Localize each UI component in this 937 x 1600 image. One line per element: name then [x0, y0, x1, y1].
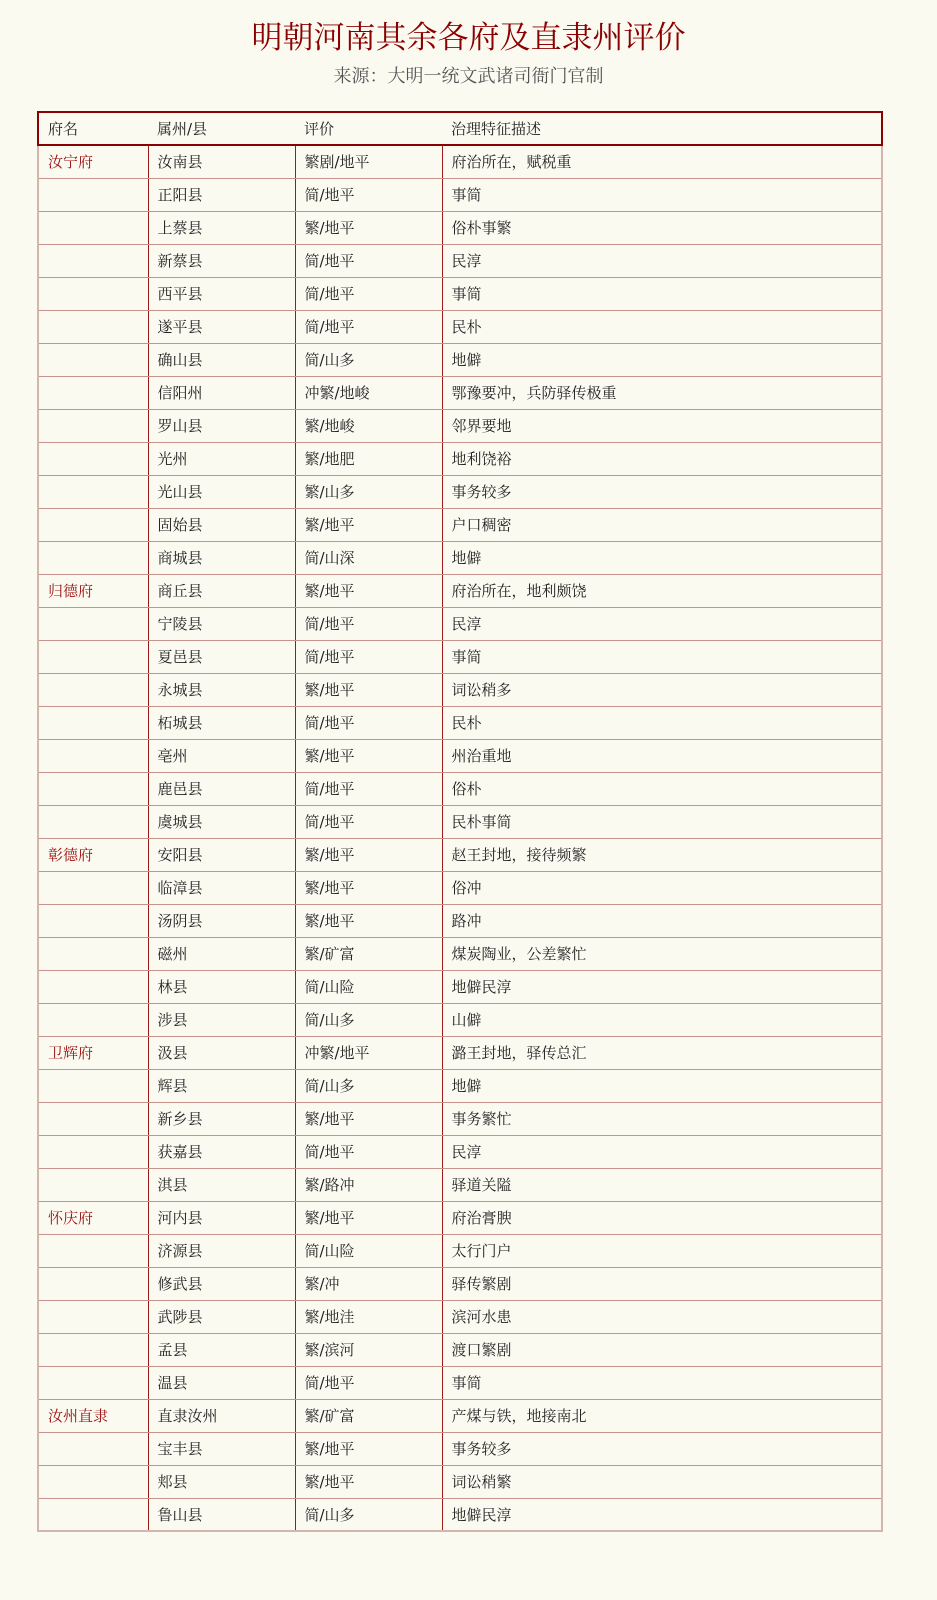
cell-prefecture — [38, 1234, 148, 1267]
table-row: 林县简/山险地僻民淳 — [38, 970, 882, 1003]
cell-prefecture — [38, 871, 148, 904]
cell-prefecture — [38, 772, 148, 805]
table-row: 光州繁/地肥地利饶裕 — [38, 442, 882, 475]
cell-prefecture — [38, 409, 148, 442]
cell-prefecture — [38, 1300, 148, 1333]
cell-rating: 简/地平 — [295, 277, 442, 310]
cell-prefecture: 卫辉府 — [38, 1036, 148, 1069]
cell-county: 西平县 — [148, 277, 295, 310]
cell-description: 山僻 — [442, 1003, 882, 1036]
table-row: 温县简/地平事简 — [38, 1366, 882, 1399]
table-row: 正阳县简/地平事简 — [38, 178, 882, 211]
table-row: 磁州繁/矿富煤炭陶业，公差繁忙 — [38, 937, 882, 970]
cell-description: 事简 — [442, 640, 882, 673]
cell-prefecture: 怀庆府 — [38, 1201, 148, 1234]
column-header-description: 治理特征描述 — [442, 112, 882, 145]
table-row: 新蔡县简/地平民淳 — [38, 244, 882, 277]
cell-rating: 简/地平 — [295, 805, 442, 838]
cell-rating: 简/山险 — [295, 1234, 442, 1267]
cell-description: 事务较多 — [442, 475, 882, 508]
cell-rating: 简/地平 — [295, 706, 442, 739]
cell-description: 府治所在，地利颇饶 — [442, 574, 882, 607]
cell-rating: 简/地平 — [295, 310, 442, 343]
cell-prefecture: 汝州直隶 — [38, 1399, 148, 1432]
cell-description: 渡口繁剧 — [442, 1333, 882, 1366]
table-row: 汝宁府汝南县繁剧/地平府治所在，赋税重 — [38, 145, 882, 178]
cell-county: 新乡县 — [148, 1102, 295, 1135]
table-row: 归德府商丘县繁/地平府治所在，地利颇饶 — [38, 574, 882, 607]
cell-prefecture — [38, 475, 148, 508]
cell-description: 驿道关隘 — [442, 1168, 882, 1201]
cell-prefecture — [38, 310, 148, 343]
cell-description: 事简 — [442, 1366, 882, 1399]
cell-description: 鄂豫要冲，兵防驿传极重 — [442, 376, 882, 409]
cell-prefecture — [38, 640, 148, 673]
cell-rating: 繁/滨河 — [295, 1333, 442, 1366]
cell-county: 汲县 — [148, 1036, 295, 1069]
cell-prefecture — [38, 607, 148, 640]
cell-rating: 繁/地肥 — [295, 442, 442, 475]
table-row: 郏县繁/地平词讼稍繁 — [38, 1465, 882, 1498]
cell-description: 事简 — [442, 178, 882, 211]
cell-rating: 简/地平 — [295, 244, 442, 277]
cell-prefecture — [38, 376, 148, 409]
table-row: 修武县繁/冲驿传繁剧 — [38, 1267, 882, 1300]
cell-prefecture — [38, 1333, 148, 1366]
cell-rating: 繁/地平 — [295, 211, 442, 244]
page-subtitle: 来源：大明一统文武诸司衙门官制 — [0, 64, 937, 90]
cell-county: 涉县 — [148, 1003, 295, 1036]
table-row: 武陟县繁/地洼滨河水患 — [38, 1300, 882, 1333]
table-row: 商城县简/山深地僻 — [38, 541, 882, 574]
table-body: 汝宁府汝南县繁剧/地平府治所在，赋税重正阳县简/地平事简上蔡县繁/地平俗朴事繁新… — [38, 145, 882, 1531]
cell-rating: 繁/矿富 — [295, 937, 442, 970]
column-header-county: 属州/县 — [148, 112, 295, 145]
cell-county: 上蔡县 — [148, 211, 295, 244]
cell-prefecture — [38, 442, 148, 475]
table-row: 获嘉县简/地平民淳 — [38, 1135, 882, 1168]
cell-prefecture — [38, 1498, 148, 1531]
cell-prefecture: 归德府 — [38, 574, 148, 607]
table-header-row: 府名 属州/县 评价 治理特征描述 — [38, 112, 882, 145]
table-row: 信阳州冲繁/地峻鄂豫要冲，兵防驿传极重 — [38, 376, 882, 409]
cell-rating: 繁/地平 — [295, 1201, 442, 1234]
cell-county: 柘城县 — [148, 706, 295, 739]
table-row: 柘城县简/地平民朴 — [38, 706, 882, 739]
cell-rating: 简/地平 — [295, 607, 442, 640]
cell-description: 词讼稍繁 — [442, 1465, 882, 1498]
cell-description: 地僻民淳 — [442, 1498, 882, 1531]
cell-county: 郏县 — [148, 1465, 295, 1498]
table-row: 固始县繁/地平户口稠密 — [38, 508, 882, 541]
table-row: 卫辉府汲县冲繁/地平潞王封地，驿传总汇 — [38, 1036, 882, 1069]
table-row: 光山县繁/山多事务较多 — [38, 475, 882, 508]
cell-prefecture — [38, 1069, 148, 1102]
cell-county: 正阳县 — [148, 178, 295, 211]
cell-county: 淇县 — [148, 1168, 295, 1201]
cell-county: 安阳县 — [148, 838, 295, 871]
cell-description: 州治重地 — [442, 739, 882, 772]
cell-prefecture — [38, 1102, 148, 1135]
cell-rating: 繁/地平 — [295, 739, 442, 772]
table-row: 罗山县繁/地峻邻界要地 — [38, 409, 882, 442]
cell-county: 宁陵县 — [148, 607, 295, 640]
cell-description: 赵王封地，接待频繁 — [442, 838, 882, 871]
cell-description: 民淳 — [442, 607, 882, 640]
cell-rating: 繁/地平 — [295, 838, 442, 871]
cell-description: 民朴 — [442, 706, 882, 739]
cell-rating: 简/地平 — [295, 772, 442, 805]
table-row: 遂平县简/地平民朴 — [38, 310, 882, 343]
cell-description: 事简 — [442, 277, 882, 310]
cell-description: 府治所在，赋税重 — [442, 145, 882, 178]
cell-rating: 简/山多 — [295, 343, 442, 376]
cell-county: 商城县 — [148, 541, 295, 574]
table-row: 夏邑县简/地平事简 — [38, 640, 882, 673]
cell-prefecture — [38, 1267, 148, 1300]
cell-description: 民淳 — [442, 244, 882, 277]
cell-prefecture — [38, 508, 148, 541]
cell-county: 修武县 — [148, 1267, 295, 1300]
cell-county: 虞城县 — [148, 805, 295, 838]
cell-description: 事务繁忙 — [442, 1102, 882, 1135]
cell-county: 鲁山县 — [148, 1498, 295, 1531]
cell-prefecture — [38, 805, 148, 838]
table-row: 新乡县繁/地平事务繁忙 — [38, 1102, 882, 1135]
cell-description: 地僻 — [442, 1069, 882, 1102]
cell-county: 遂平县 — [148, 310, 295, 343]
cell-rating: 简/地平 — [295, 1135, 442, 1168]
cell-description: 邻界要地 — [442, 409, 882, 442]
cell-prefecture: 汝宁府 — [38, 145, 148, 178]
column-header-prefecture: 府名 — [38, 112, 148, 145]
cell-prefecture — [38, 1432, 148, 1465]
cell-description: 俗冲 — [442, 871, 882, 904]
cell-description: 俗朴事繁 — [442, 211, 882, 244]
cell-description: 民淳 — [442, 1135, 882, 1168]
cell-rating: 繁/地平 — [295, 1102, 442, 1135]
cell-rating: 繁/地平 — [295, 904, 442, 937]
cell-county: 直隶汝州 — [148, 1399, 295, 1432]
cell-rating: 简/山多 — [295, 1003, 442, 1036]
cell-rating: 繁/地平 — [295, 1432, 442, 1465]
cell-prefecture — [38, 937, 148, 970]
cell-rating: 繁/地平 — [295, 574, 442, 607]
cell-prefecture — [38, 277, 148, 310]
cell-prefecture — [38, 541, 148, 574]
cell-description: 民朴 — [442, 310, 882, 343]
table-row: 涉县简/山多山僻 — [38, 1003, 882, 1036]
cell-description: 地僻 — [442, 343, 882, 376]
cell-description: 词讼稍多 — [442, 673, 882, 706]
cell-county: 济源县 — [148, 1234, 295, 1267]
cell-prefecture — [38, 1135, 148, 1168]
cell-description: 潞王封地，驿传总汇 — [442, 1036, 882, 1069]
cell-rating: 繁/地平 — [295, 1465, 442, 1498]
cell-prefecture — [38, 343, 148, 376]
cell-county: 获嘉县 — [148, 1135, 295, 1168]
cell-description: 地僻民淳 — [442, 970, 882, 1003]
cell-county: 光州 — [148, 442, 295, 475]
cell-county: 河内县 — [148, 1201, 295, 1234]
table-row: 虞城县简/地平民朴事简 — [38, 805, 882, 838]
cell-county: 信阳州 — [148, 376, 295, 409]
cell-rating: 繁/地平 — [295, 508, 442, 541]
cell-description: 路冲 — [442, 904, 882, 937]
cell-rating: 冲繁/地平 — [295, 1036, 442, 1069]
cell-county: 新蔡县 — [148, 244, 295, 277]
table-row: 孟县繁/滨河渡口繁剧 — [38, 1333, 882, 1366]
cell-rating: 简/地平 — [295, 1366, 442, 1399]
cell-prefecture — [38, 739, 148, 772]
cell-rating: 简/地平 — [295, 178, 442, 211]
cell-county: 宝丰县 — [148, 1432, 295, 1465]
cell-county: 鹿邑县 — [148, 772, 295, 805]
table-row: 临漳县繁/地平俗冲 — [38, 871, 882, 904]
table-row: 确山县简/山多地僻 — [38, 343, 882, 376]
table-row: 上蔡县繁/地平俗朴事繁 — [38, 211, 882, 244]
table-row: 济源县简/山险太行门户 — [38, 1234, 882, 1267]
cell-description: 滨河水患 — [442, 1300, 882, 1333]
cell-county: 确山县 — [148, 343, 295, 376]
cell-description: 驿传繁剧 — [442, 1267, 882, 1300]
table-row: 鲁山县简/山多地僻民淳 — [38, 1498, 882, 1531]
cell-rating: 繁/地洼 — [295, 1300, 442, 1333]
cell-county: 商丘县 — [148, 574, 295, 607]
table-row: 汤阴县繁/地平路冲 — [38, 904, 882, 937]
cell-county: 罗山县 — [148, 409, 295, 442]
table-row: 怀庆府河内县繁/地平府治膏腴 — [38, 1201, 882, 1234]
table-row: 亳州繁/地平州治重地 — [38, 739, 882, 772]
cell-description: 府治膏腴 — [442, 1201, 882, 1234]
cell-rating: 繁/冲 — [295, 1267, 442, 1300]
cell-description: 俗朴 — [442, 772, 882, 805]
cell-description: 民朴事简 — [442, 805, 882, 838]
cell-county: 汤阴县 — [148, 904, 295, 937]
table-row: 宝丰县繁/地平事务较多 — [38, 1432, 882, 1465]
table-row: 西平县简/地平事简 — [38, 277, 882, 310]
table-row: 汝州直隶直隶汝州繁/矿富产煤与铁，地接南北 — [38, 1399, 882, 1432]
cell-prefecture — [38, 244, 148, 277]
cell-county: 永城县 — [148, 673, 295, 706]
cell-prefecture — [38, 1168, 148, 1201]
cell-county: 夏邑县 — [148, 640, 295, 673]
cell-description: 产煤与铁，地接南北 — [442, 1399, 882, 1432]
cell-rating: 繁/山多 — [295, 475, 442, 508]
table-header: 府名 属州/县 评价 治理特征描述 — [38, 112, 882, 145]
cell-rating: 繁剧/地平 — [295, 145, 442, 178]
cell-rating: 冲繁/地峻 — [295, 376, 442, 409]
cell-county: 亳州 — [148, 739, 295, 772]
cell-description: 事务较多 — [442, 1432, 882, 1465]
cell-county: 临漳县 — [148, 871, 295, 904]
cell-prefecture — [38, 1003, 148, 1036]
cell-prefecture — [38, 1465, 148, 1498]
cell-rating: 繁/地峻 — [295, 409, 442, 442]
cell-prefecture — [38, 706, 148, 739]
table-row: 鹿邑县简/地平俗朴 — [38, 772, 882, 805]
cell-prefecture — [38, 1366, 148, 1399]
page-title: 明朝河南其余各府及直隶州评价 — [0, 18, 937, 58]
cell-prefecture: 彰德府 — [38, 838, 148, 871]
cell-rating: 简/山多 — [295, 1069, 442, 1102]
cell-county: 孟县 — [148, 1333, 295, 1366]
table-row: 淇县繁/路冲驿道关隘 — [38, 1168, 882, 1201]
cell-prefecture — [38, 904, 148, 937]
cell-county: 林县 — [148, 970, 295, 1003]
cell-description: 地僻 — [442, 541, 882, 574]
cell-description: 地利饶裕 — [442, 442, 882, 475]
cell-rating: 简/山多 — [295, 1498, 442, 1531]
cell-rating: 繁/地平 — [295, 871, 442, 904]
cell-rating: 简/山险 — [295, 970, 442, 1003]
table-row: 宁陵县简/地平民淳 — [38, 607, 882, 640]
cell-rating: 繁/矿富 — [295, 1399, 442, 1432]
cell-county: 固始县 — [148, 508, 295, 541]
cell-county: 辉县 — [148, 1069, 295, 1102]
evaluation-table: 府名 属州/县 评价 治理特征描述 汝宁府汝南县繁剧/地平府治所在，赋税重正阳县… — [37, 111, 883, 1532]
cell-county: 温县 — [148, 1366, 295, 1399]
cell-description: 太行门户 — [442, 1234, 882, 1267]
cell-rating: 简/地平 — [295, 640, 442, 673]
table-row: 彰德府安阳县繁/地平赵王封地，接待频繁 — [38, 838, 882, 871]
cell-prefecture — [38, 211, 148, 244]
table-row: 辉县简/山多地僻 — [38, 1069, 882, 1102]
cell-county: 光山县 — [148, 475, 295, 508]
cell-prefecture — [38, 970, 148, 1003]
cell-county: 磁州 — [148, 937, 295, 970]
cell-rating: 繁/地平 — [295, 673, 442, 706]
cell-rating: 简/山深 — [295, 541, 442, 574]
column-header-rating: 评价 — [295, 112, 442, 145]
table-row: 永城县繁/地平词讼稍多 — [38, 673, 882, 706]
cell-description: 户口稠密 — [442, 508, 882, 541]
cell-prefecture — [38, 178, 148, 211]
cell-description: 煤炭陶业，公差繁忙 — [442, 937, 882, 970]
cell-county: 汝南县 — [148, 145, 295, 178]
cell-county: 武陟县 — [148, 1300, 295, 1333]
cell-prefecture — [38, 673, 148, 706]
cell-rating: 繁/路冲 — [295, 1168, 442, 1201]
